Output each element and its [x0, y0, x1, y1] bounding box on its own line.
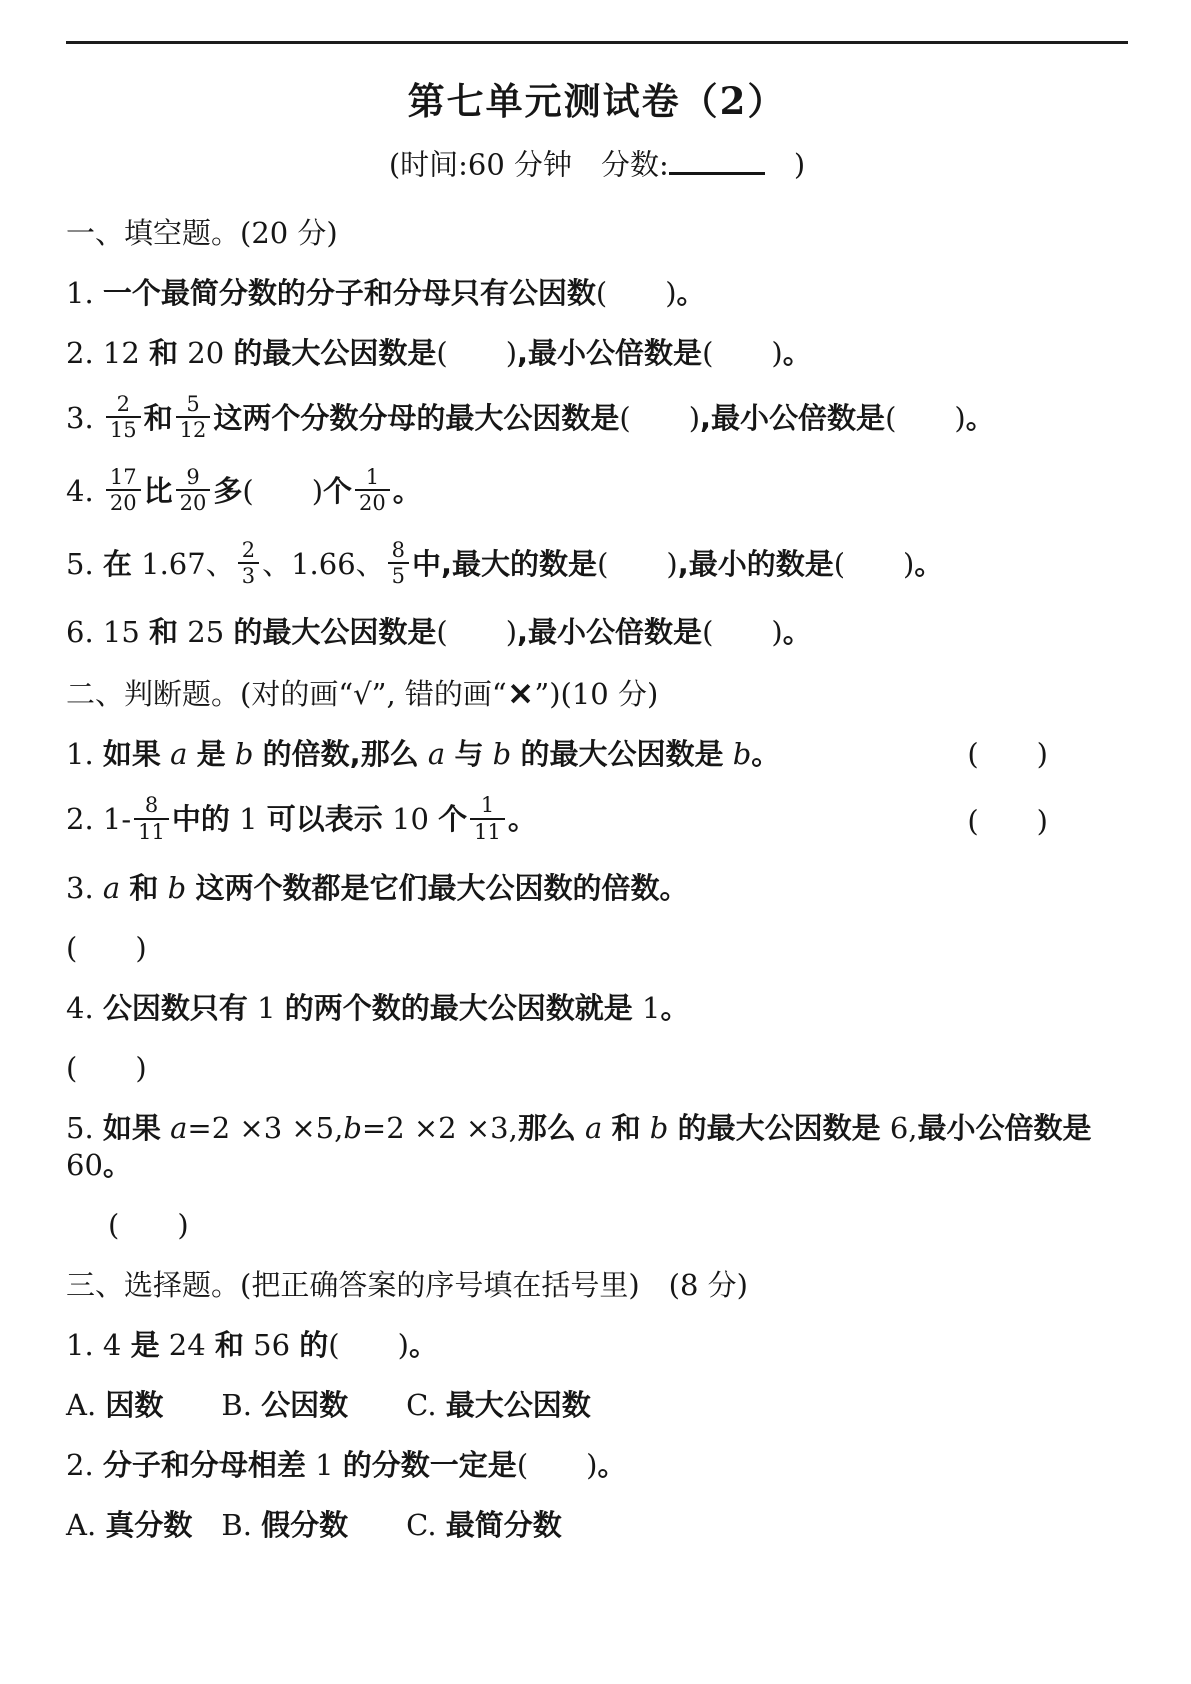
text-run: 。 [966, 401, 995, 435]
text-latin: 4. [66, 474, 103, 508]
text-latin: ( ) [702, 336, 783, 370]
text-run: 在 [103, 547, 132, 581]
fraction-denominator: 5 [388, 564, 409, 588]
paper-body: 一、填空题。(20 分)1. 一个最简分数的分子和分母只有公因数( )。2. 1… [66, 215, 1128, 1544]
text-run: 公因数只有 [103, 991, 248, 1025]
math-variable: b [641, 1111, 678, 1145]
x-mark: × [507, 673, 535, 712]
text-run: 与 [454, 737, 483, 771]
text-latin: 6. 15 [66, 615, 149, 649]
text-run: 可以表示 [267, 803, 383, 837]
answer-bracket: ( ) [967, 736, 1048, 773]
text-latin: ( ) [328, 1328, 409, 1362]
text-run: 的最大公因数是 [233, 336, 436, 370]
math-variable: a [161, 1111, 188, 1145]
fraction-numerator: 2 [106, 392, 141, 418]
line-text: 3. 215和512这两个分数分母的最大公因数是( ),最小公倍数是( )。 [66, 395, 995, 445]
text-run: 分子和分母相差 [103, 1448, 306, 1482]
text-latin: ( ) [436, 615, 517, 649]
text-run: 最小公倍数是 [918, 1111, 1092, 1145]
section-heading-2: 二、判断题。(对的画“√”, 错的画“×”)(10 分) [66, 674, 1128, 713]
question-line: 1. 一个最简分数的分子和分母只有公因数( )。 [66, 275, 1128, 312]
text-run: 公因数 [261, 1388, 406, 1422]
text-latin: 1. [66, 737, 103, 771]
text-run: 真分数 [105, 1508, 221, 1542]
fraction: 23 [238, 538, 259, 588]
text-latin: ( ) [66, 931, 147, 965]
fraction: 215 [106, 392, 141, 442]
line-text: 1. 如果 a 是 b 的倍数,那么 a 与 b 的最大公因数是 b。 [66, 736, 780, 773]
text-run: 的最大公因数是 [233, 615, 436, 649]
text-run: ”)(10 分) [534, 677, 658, 711]
math-variable: a [576, 1111, 612, 1145]
math-variable: b [226, 737, 263, 771]
text-run: 中,最大的数是 [412, 547, 597, 581]
text-run: 。 [677, 276, 706, 310]
line-text: 二、判断题。(对的画“√”, 错的画“×”)(10 分) [66, 674, 658, 713]
text-run: 个 [323, 474, 352, 508]
text-latin: 2. 12 [66, 336, 149, 370]
text-run: 最简分数 [446, 1508, 562, 1542]
text-run: 假分数 [261, 1508, 406, 1542]
text-run: 。 [103, 1148, 132, 1182]
question-line: 2. 1-811中的 1 可以表示 10 个111。( ) [66, 796, 1128, 846]
text-run: 一个最简分数的分子和分母只有公因数 [103, 276, 596, 310]
text-run: 一、填空题。(20 分) [66, 216, 338, 250]
text-run: 。 [751, 737, 780, 771]
question-line: 3. 215和512这两个分数分母的最大公因数是( ),最小公倍数是( )。 [66, 395, 1128, 445]
options-line: A. 因数 B. 公因数 C. 最大公因数 [66, 1387, 1128, 1424]
text-latin: B. [221, 1388, 261, 1422]
text-latin: ( ) [66, 1051, 147, 1085]
text-run: ,最小公倍数是 [517, 336, 702, 370]
text-latin: 10 [383, 803, 438, 837]
text-run: 那么 [518, 1111, 576, 1145]
text-run: ,最小的数是 [678, 547, 834, 581]
fraction-denominator: 3 [238, 564, 259, 588]
text-run: 和 [149, 336, 178, 370]
line-text: A. 真分数 B. 假分数 C. 最简分数 [66, 1507, 562, 1544]
text-latin: ( ) [108, 1208, 189, 1242]
subtitle-post: ) [765, 148, 805, 182]
text-latin: ( ) [597, 547, 678, 581]
text-latin: 5. [66, 1111, 103, 1145]
text-latin: 1. [66, 276, 103, 310]
text-run: 如果 [103, 1111, 161, 1145]
text-latin: 3. [66, 871, 103, 905]
line-text: 6. 15 和 25 的最大公因数是( ),最小公倍数是( )。 [66, 614, 812, 651]
line-text: 5. 在 1.67、23、1.66、85中,最大的数是( ),最小的数是( )。 [66, 541, 943, 591]
question-line: 2. 分子和分母相差 1 的分数一定是( )。 [66, 1447, 1128, 1484]
fraction-numerator: 1 [355, 465, 390, 491]
answer-bracket-line: ( ) [66, 1050, 1128, 1087]
text-run: 。 [783, 615, 812, 649]
fraction: 85 [388, 538, 409, 588]
text-latin: 、1.66、 [262, 547, 385, 581]
text-latin: 1 [230, 803, 267, 837]
answer-bracket: ( ) [967, 803, 1048, 840]
math-variable: b [723, 737, 751, 771]
text-latin: 1. 4 [66, 1328, 131, 1362]
text-run: 这两个数都是它们最大公因数的倍数。 [195, 871, 688, 905]
text-latin: C. [406, 1508, 446, 1542]
math-variable: a [419, 737, 455, 771]
fraction-numerator: 17 [106, 465, 141, 491]
text-latin: 1 [306, 1448, 343, 1482]
text-run: 的最大公因数是 [678, 1111, 881, 1145]
line-text: 2. 12 和 20 的最大公因数是( ),最小公倍数是( )。 [66, 335, 812, 372]
question-line: 1. 4 是 24 和 56 的( )。 [66, 1327, 1128, 1364]
text-latin: 3. [66, 401, 103, 435]
text-latin: C. [406, 1388, 446, 1422]
text-latin: =2 ×2 ×3, [362, 1111, 518, 1145]
text-run: 。 [508, 803, 537, 837]
text-run: 和 [144, 401, 173, 435]
fraction-denominator: 20 [355, 491, 390, 515]
text-run: 的 [299, 1328, 328, 1362]
text-latin: 4. [66, 991, 103, 1025]
text-run: 和 [612, 1111, 641, 1145]
text-latin: 20 [178, 336, 233, 370]
text-run: 。 [783, 336, 812, 370]
page-title: 第七单元测试卷（2） [66, 71, 1128, 125]
section-heading-1: 一、填空题。(20 分) [66, 215, 1128, 252]
text-latin: ( ) [436, 336, 517, 370]
paper-subtitle: (时间:60 分钟 分数: ) [66, 142, 1128, 184]
text-latin: 5. [66, 547, 103, 581]
text-run: 。 [660, 991, 689, 1025]
text-run: 的倍数,那么 [263, 737, 419, 771]
text-run: 和 [149, 615, 178, 649]
text-run: ,最小公倍数是 [517, 615, 702, 649]
top-rule [66, 41, 1128, 44]
line-text: 3. a 和 b 这两个数都是它们最大公因数的倍数。 [66, 870, 688, 907]
text-run: 这两个分数分母的最大公因数是 [213, 401, 619, 435]
fraction-denominator: 20 [176, 491, 211, 515]
test-paper-page: 第七单元测试卷（2） (时间:60 分钟 分数: ) 一、填空题。(20 分)1… [0, 0, 1191, 1684]
fraction-denominator: 11 [470, 820, 505, 844]
section-heading-3: 三、选择题。(把正确答案的序号填在括号里) (8 分) [66, 1267, 1128, 1304]
text-run: 是 [197, 737, 226, 771]
fraction-numerator: 9 [176, 465, 211, 491]
question-line: 2. 12 和 20 的最大公因数是( ),最小公倍数是( )。 [66, 335, 1128, 372]
fraction-numerator: 8 [134, 793, 169, 819]
fraction-denominator: 12 [176, 418, 211, 442]
text-latin: A. [66, 1388, 105, 1422]
line-text: ( ) [66, 930, 147, 967]
text-run: 的分数一定是 [343, 1448, 517, 1482]
math-variable: a [103, 871, 130, 905]
text-latin: ( ) [885, 401, 966, 435]
text-latin: 1 [248, 991, 285, 1025]
line-text: 2. 分子和分母相差 1 的分数一定是( )。 [66, 1447, 626, 1484]
text-run: 的最大公因数是 [520, 737, 723, 771]
text-latin: 24 [160, 1328, 215, 1362]
fraction-numerator: 5 [176, 392, 211, 418]
question-line: 3. a 和 b 这两个数都是它们最大公因数的倍数。 [66, 870, 1128, 907]
math-variable: b [483, 737, 520, 771]
question-line: 6. 15 和 25 的最大公因数是( ),最小公倍数是( )。 [66, 614, 1128, 651]
math-variable: a [161, 737, 197, 771]
question-line: 4. 公因数只有 1 的两个数的最大公因数就是 1。 [66, 990, 1128, 1027]
fraction-numerator: 2 [238, 538, 259, 564]
text-run: 和 [129, 871, 158, 905]
math-variable: b [343, 1111, 362, 1145]
question-line: 1. 如果 a 是 b 的倍数,那么 a 与 b 的最大公因数是 b。( ) [66, 736, 1128, 773]
text-latin: 2. 1- [66, 803, 131, 837]
fraction: 920 [176, 465, 211, 515]
fraction: 120 [355, 465, 390, 515]
text-run: 是 [131, 1328, 160, 1362]
text-latin: ( ) [517, 1448, 598, 1482]
answer-bracket-line: ( ) [66, 1207, 1128, 1244]
text-latin: ( ) [596, 276, 677, 310]
line-text: 三、选择题。(把正确答案的序号填在括号里) (8 分) [66, 1267, 748, 1304]
options-line: A. 真分数 B. 假分数 C. 最简分数 [66, 1507, 1128, 1544]
subtitle-pre: (时间:60 分钟 分数: [389, 148, 669, 182]
line-text: 1. 一个最简分数的分子和分母只有公因数( )。 [66, 275, 706, 312]
text-run: 最大公因数 [446, 1388, 591, 1422]
text-run: 的两个数的最大公因数就是 [285, 991, 633, 1025]
line-text: 4. 1720比920多( )个120。 [66, 468, 422, 518]
text-latin: 56 [244, 1328, 299, 1362]
question-line: 5. 在 1.67、23、1.66、85中,最大的数是( ),最小的数是( )。 [66, 541, 1128, 591]
text-run: ,最小公倍数是 [700, 401, 885, 435]
line-text: A. 因数 B. 公因数 C. 最大公因数 [66, 1387, 591, 1424]
text-latin: 6, [881, 1111, 918, 1145]
text-run: 个 [438, 803, 467, 837]
fraction: 111 [470, 793, 505, 843]
math-variable: b [158, 871, 195, 905]
text-run: 因数 [105, 1388, 221, 1422]
text-run: 比 [144, 474, 173, 508]
text-latin: ( ) [619, 401, 700, 435]
fraction-denominator: 15 [106, 418, 141, 442]
fraction-numerator: 1 [470, 793, 505, 819]
text-run: 。 [597, 1448, 626, 1482]
fraction: 811 [134, 793, 169, 843]
text-latin: ( ) [834, 547, 915, 581]
text-latin: ( ) [242, 474, 323, 508]
line-text: 2. 1-811中的 1 可以表示 10 个111。 [66, 796, 537, 846]
fraction-numerator: 8 [388, 538, 409, 564]
text-latin: =2 ×3 ×5, [187, 1111, 343, 1145]
question-line: 5. 如果 a=2 ×3 ×5,b=2 ×2 ×3,那么 a 和 b 的最大公因… [66, 1110, 1128, 1184]
text-run: 和 [215, 1328, 244, 1362]
text-latin: 25 [178, 615, 233, 649]
text-latin: 2. [66, 1448, 103, 1482]
score-blank [669, 142, 765, 175]
fraction: 1720 [106, 465, 141, 515]
text-run: 。 [914, 547, 943, 581]
text-run: 。 [393, 474, 422, 508]
text-latin: 1.67、 [132, 547, 235, 581]
fraction-denominator: 20 [106, 491, 141, 515]
answer-bracket-line: ( ) [66, 930, 1128, 967]
fraction-denominator: 11 [134, 820, 169, 844]
text-latin: B. [221, 1508, 261, 1542]
line-text: ( ) [108, 1207, 189, 1244]
question-line: 4. 1720比920多( )个120。 [66, 468, 1128, 518]
text-latin: A. [66, 1508, 105, 1542]
line-text: 1. 4 是 24 和 56 的( )。 [66, 1327, 438, 1364]
text-run: 三、选择题。(把正确答案的序号填在括号里) (8 分) [66, 1268, 748, 1302]
line-text: 一、填空题。(20 分) [66, 215, 338, 252]
line-text: 5. 如果 a=2 ×3 ×5,b=2 ×2 ×3,那么 a 和 b 的最大公因… [66, 1110, 1128, 1184]
line-text: 4. 公因数只有 1 的两个数的最大公因数就是 1。 [66, 990, 690, 1027]
text-latin: 1 [633, 991, 661, 1025]
text-latin: ( ) [702, 615, 783, 649]
text-run: 二、判断题。(对的画“√”, 错的画“ [66, 677, 507, 711]
text-run: 如果 [103, 737, 161, 771]
line-text: ( ) [66, 1050, 147, 1087]
text-run: 。 [409, 1328, 438, 1362]
fraction: 512 [176, 392, 211, 442]
text-run: 多 [213, 474, 242, 508]
text-run: 中的 [172, 803, 230, 837]
